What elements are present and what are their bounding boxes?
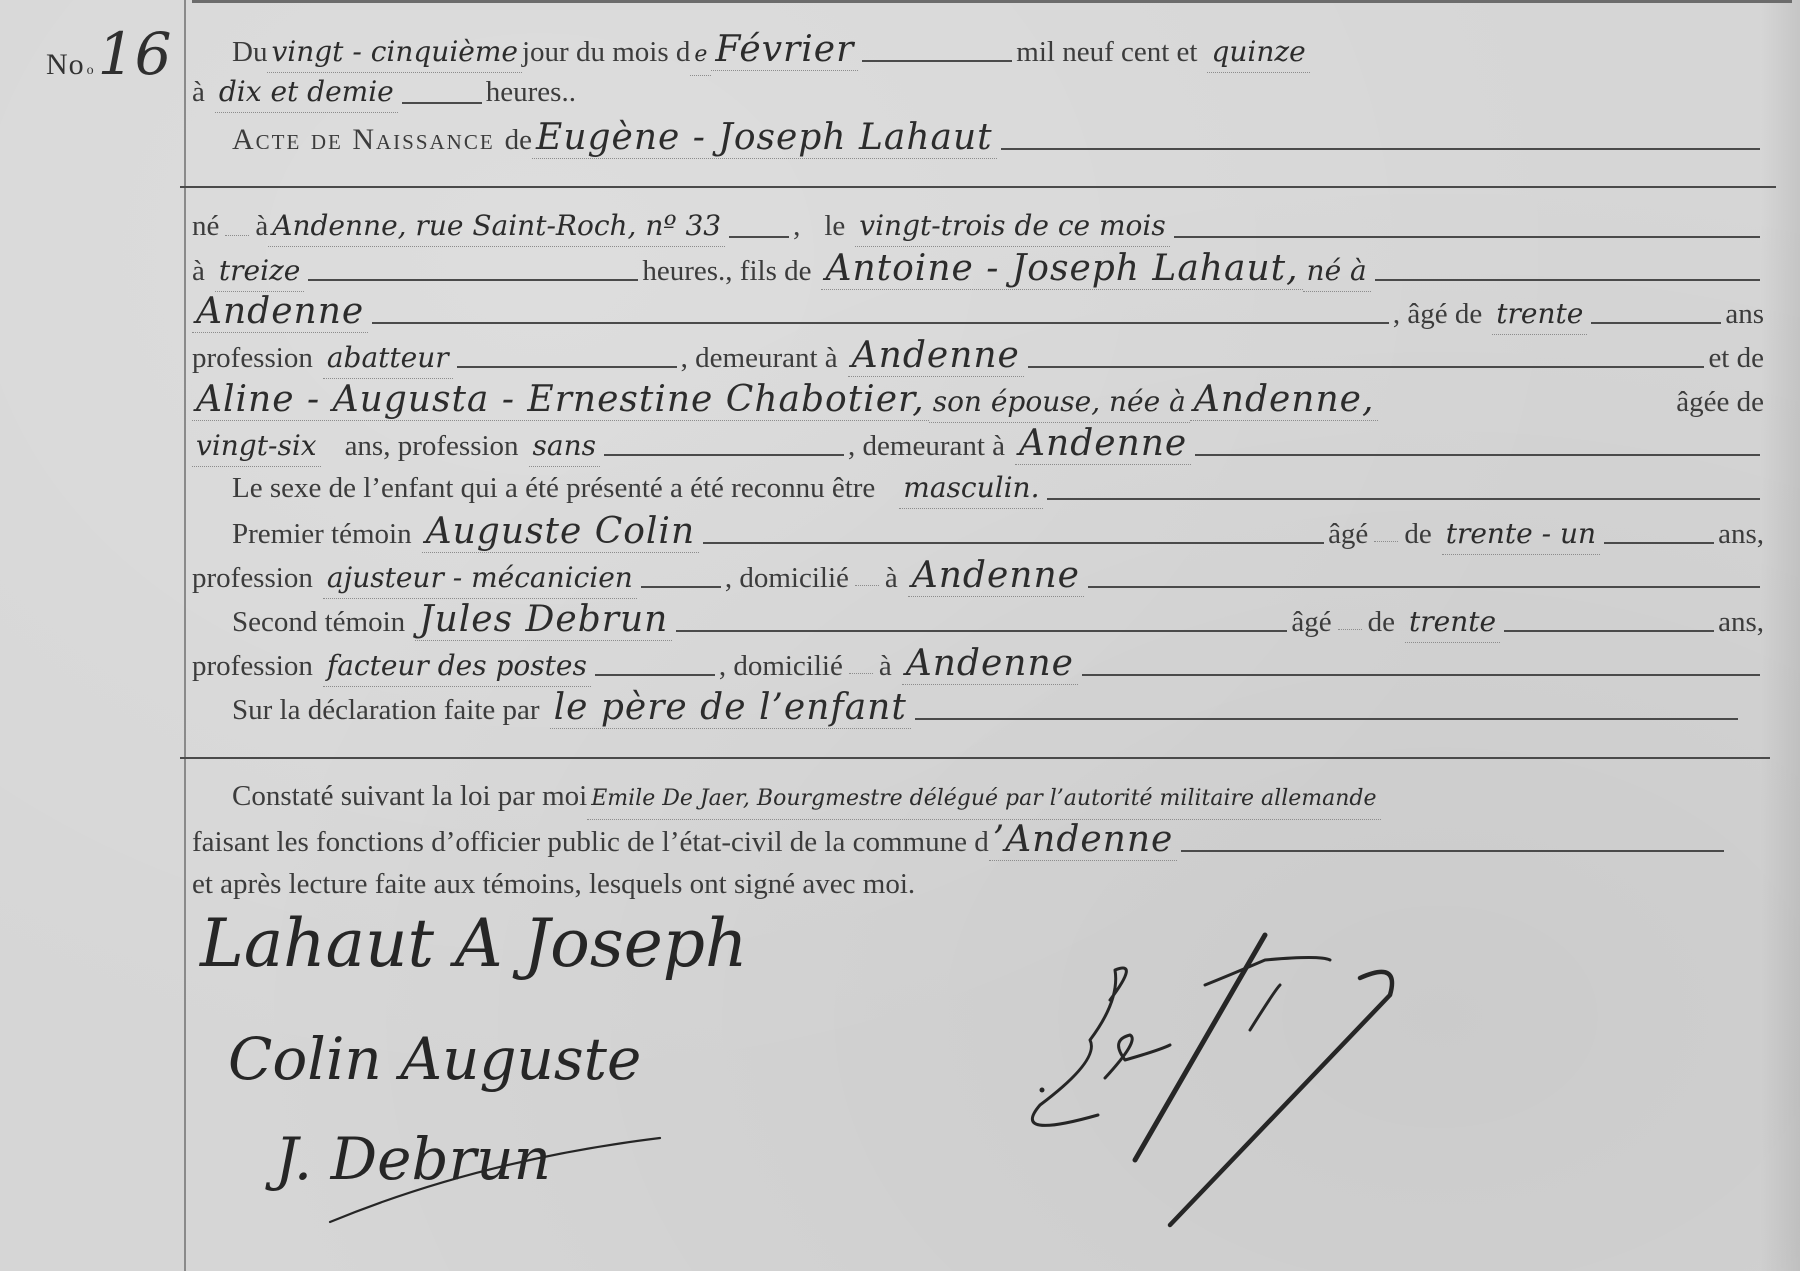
birth-record-page: Noo 16 Du vingt - cinquième jour du mois… [0,0,1800,1271]
signature-flourishes [0,0,1800,1271]
